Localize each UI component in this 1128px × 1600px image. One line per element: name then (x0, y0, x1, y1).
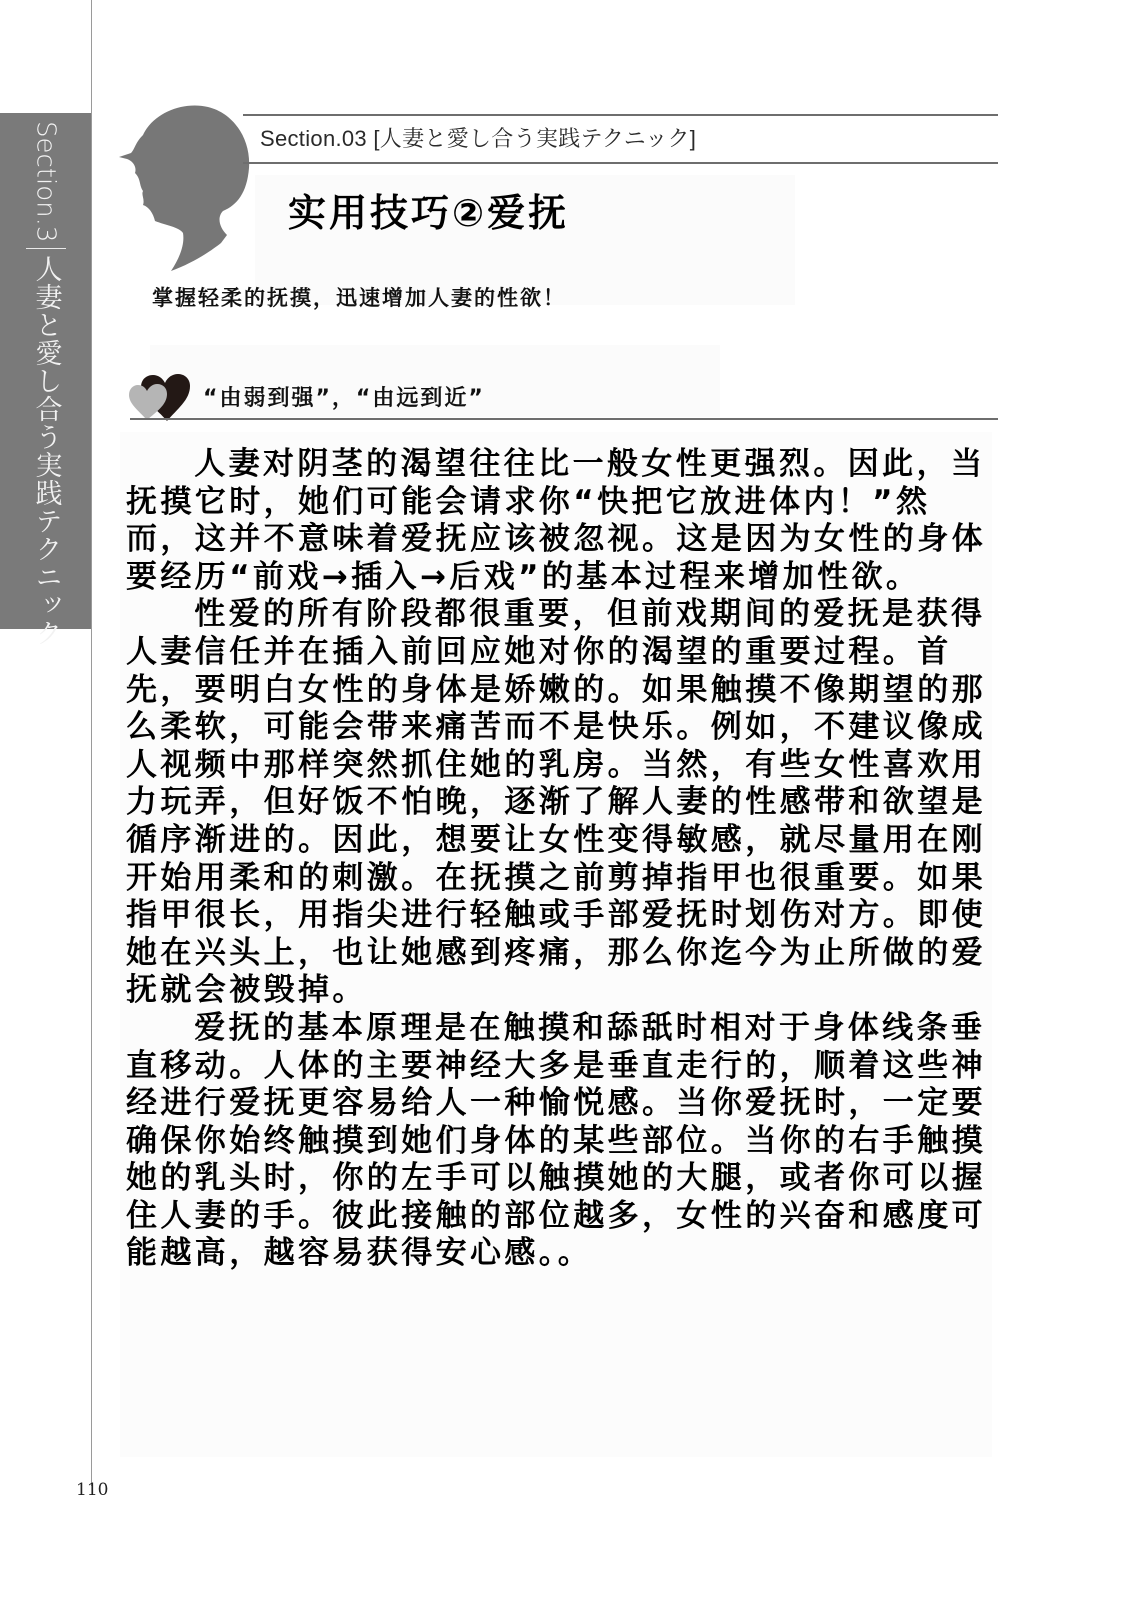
chapter-tab-title: 人妻と愛し合う実践テクニック (31, 255, 62, 647)
hearts-icon (127, 373, 193, 423)
paragraph: 性爱的所有阶段都很重要，但前戏期间的爱抚是获得人妻信任并在插入前回应她对你的渴望… (126, 596, 992, 1010)
section-label: Section.03 [人妻と愛し合う実践テクニック] (260, 122, 696, 153)
body-text: 人妻对阴茎的渴望往往比一般女性更强烈。因此，当抚摸它时，她们可能会请求你“快把它… (126, 446, 992, 1273)
page-subtitle: 掌握轻柔的抚摸，迅速增加人妻的性欲！ (152, 282, 566, 312)
margin-rule (91, 0, 92, 1486)
page-number: 110 (76, 1480, 108, 1500)
paragraph: 爱抚的基本原理是在触摸和舔舐时相对于身体线条垂直移动。人体的主要神经大多是垂直走… (126, 1010, 992, 1273)
header-rule-top (243, 114, 998, 116)
chapter-tab-label: Section.3人妻と愛し合う実践テクニック (26, 121, 66, 647)
header-rule-bottom (243, 162, 998, 164)
chapter-tab: Section.3人妻と愛し合う実践テクニック (0, 113, 91, 629)
section-heading: “由弱到强”，“由远到近” (203, 381, 485, 412)
chapter-tab-section: Section.3 (31, 121, 61, 242)
woman-silhouette-icon (113, 93, 253, 273)
chapter-tab-divider (26, 248, 66, 249)
page-title: 实用技巧②爱抚 (288, 182, 569, 237)
paragraph: 人妻对阴茎的渴望往往比一般女性更强烈。因此，当抚摸它时，她们可能会请求你“快把它… (126, 446, 992, 596)
heading-rule (130, 418, 998, 420)
